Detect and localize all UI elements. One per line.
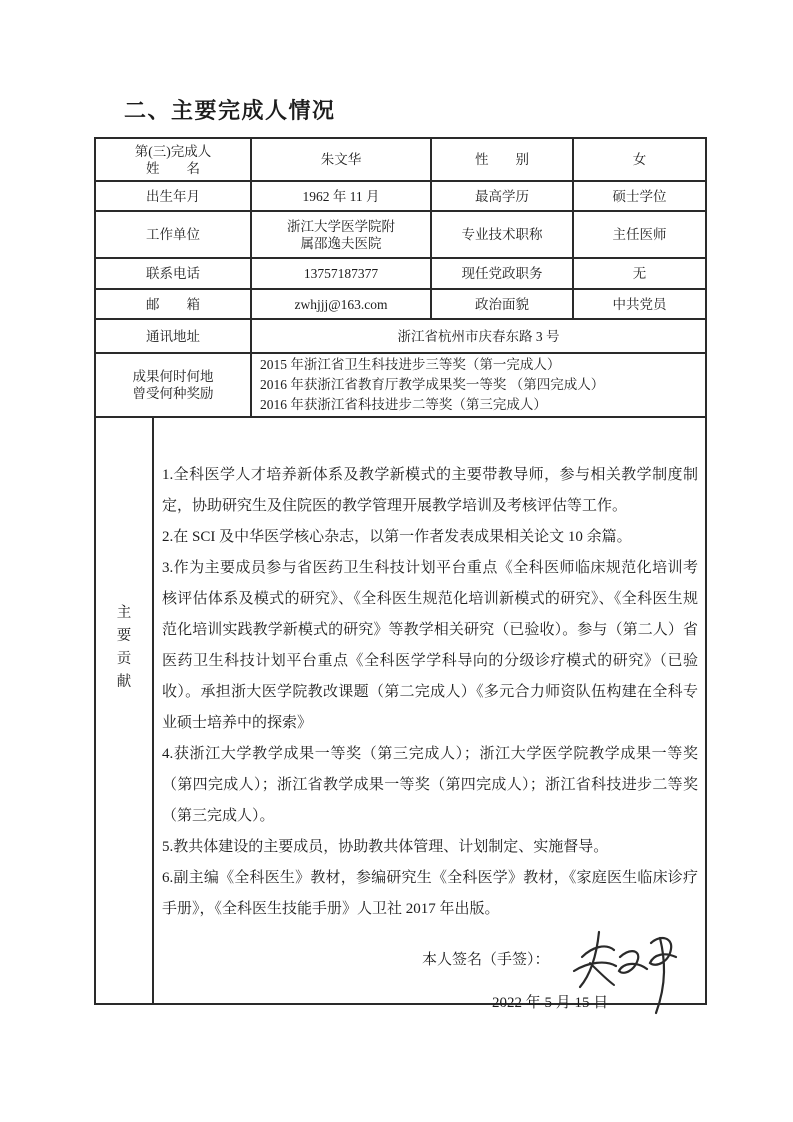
document-page: 二、主要完成人情况 第(三)完成人 姓 名 朱文华 性 别 女 出生年月 196… xyxy=(0,0,793,1122)
completer-info-table: 第(三)完成人 姓 名 朱文华 性 别 女 出生年月 1962 年 11 月 最… xyxy=(94,137,707,1005)
contribution-label-char: 主 xyxy=(117,602,132,625)
table-row: 主 要 贡 献 1.全科医学人才培养新体系及教学新模式的主要带教导师，参与相关教… xyxy=(96,416,705,1003)
workunit-value-line2: 属邵逸夫医院 xyxy=(301,235,382,252)
party-post-field-label: 现任党政职务 xyxy=(430,259,572,288)
birthdate-field-label: 出生年月 xyxy=(96,182,250,210)
table-row: 出生年月 1962 年 11 月 最高学历 硕士学位 xyxy=(96,180,705,210)
awards-field-label: 成果何时何地 曾受何种奖励 xyxy=(96,354,250,416)
education-field-label: 最高学历 xyxy=(430,182,572,210)
handwritten-signature xyxy=(554,921,686,1017)
name-value: 朱文华 xyxy=(250,139,430,180)
contribution-content: 1.全科医学人才培养新体系及教学新模式的主要带教导师，参与相关教学制度制定，协助… xyxy=(152,418,705,1003)
email-value: zwhjjj@163.com xyxy=(250,290,430,318)
contribution-paragraph: 6.副主编《全科医生》教材，参编研究生《全科医学》教材，《家庭医生临床诊疗手册》… xyxy=(162,863,698,925)
party-post-value: 无 xyxy=(572,259,705,288)
table-row: 联系电话 13757187377 现任党政职务 无 xyxy=(96,257,705,288)
table-row: 通讯地址 浙江省杭州市庆春东路 3 号 xyxy=(96,318,705,352)
gender-field-label: 性 别 xyxy=(430,139,572,180)
address-field-label: 通讯地址 xyxy=(96,320,250,352)
workunit-value: 浙江大学医学院附 属邵逸夫医院 xyxy=(250,212,430,257)
contribution-label-char: 贡 xyxy=(117,648,132,671)
contribution-paragraph: 5.教共体建设的主要成员，协助教共体管理、计划制定、实施督导。 xyxy=(162,832,698,863)
contribution-label-char: 献 xyxy=(117,671,132,694)
birthdate-value: 1962 年 11 月 xyxy=(250,182,430,210)
contribution-field-label: 主 要 贡 献 xyxy=(96,418,152,1003)
name-field-label-line1: 第(三)完成人 xyxy=(135,143,212,160)
awards-field-label-line2: 曾受何种奖励 xyxy=(133,385,214,402)
award-item: 2015 年浙江省卫生科技进步三等奖（第一完成人） xyxy=(260,355,560,375)
political-status-field-label: 政治面貌 xyxy=(430,290,572,318)
education-value: 硕士学位 xyxy=(572,182,705,210)
email-field-label: 邮 箱 xyxy=(96,290,250,318)
award-item: 2016 年获浙江省教育厅教学成果奖一等奖 （第四完成人） xyxy=(260,375,604,395)
contribution-paragraph: 1.全科医学人才培养新体系及教学新模式的主要带教导师，参与相关教学制度制定，协助… xyxy=(162,460,698,522)
page-title: 二、主要完成人情况 xyxy=(124,94,336,125)
address-value: 浙江省杭州市庆春东路 3 号 xyxy=(250,320,705,352)
gender-value: 女 xyxy=(572,139,705,180)
contribution-paragraph: 4.获浙江大学教学成果一等奖（第三完成人）；浙江大学医学院教学成果一等奖（第四完… xyxy=(162,739,698,832)
table-row: 成果何时何地 曾受何种奖励 2015 年浙江省卫生科技进步三等奖（第一完成人） … xyxy=(96,352,705,416)
professional-title-field-label: 专业技术职称 xyxy=(430,212,572,257)
award-item: 2016 年获浙江省科技进步二等奖（第三完成人） xyxy=(260,395,547,415)
signature-block: 本人签名（手签）： 2022 年 5 月 15 日 xyxy=(162,945,698,1035)
name-field-label-line2: 姓 名 xyxy=(146,160,200,177)
professional-title-value: 主任医师 xyxy=(572,212,705,257)
contribution-paragraph: 2.在 SCI 及中华医学核心杂志，以第一作者发表成果相关论文 10 余篇。 xyxy=(162,522,698,553)
name-field-label: 第(三)完成人 姓 名 xyxy=(96,139,250,180)
contribution-paragraph: 3.作为主要成员参与省医药卫生科技计划平台重点《全科医师临床规范化培训考核评估体… xyxy=(162,553,698,739)
workunit-field-label: 工作单位 xyxy=(96,212,250,257)
awards-value: 2015 年浙江省卫生科技进步三等奖（第一完成人） 2016 年获浙江省教育厅教… xyxy=(250,354,705,416)
table-row: 工作单位 浙江大学医学院附 属邵逸夫医院 专业技术职称 主任医师 xyxy=(96,210,705,257)
phone-field-label: 联系电话 xyxy=(96,259,250,288)
table-row: 邮 箱 zwhjjj@163.com 政治面貌 中共党员 xyxy=(96,288,705,318)
workunit-value-line1: 浙江大学医学院附 xyxy=(287,218,395,235)
contribution-label-char: 要 xyxy=(117,625,132,648)
phone-value: 13757187377 xyxy=(250,259,430,288)
awards-field-label-line1: 成果何时何地 xyxy=(133,368,214,385)
table-row: 第(三)完成人 姓 名 朱文华 性 别 女 xyxy=(96,139,705,180)
political-status-value: 中共党员 xyxy=(572,290,705,318)
